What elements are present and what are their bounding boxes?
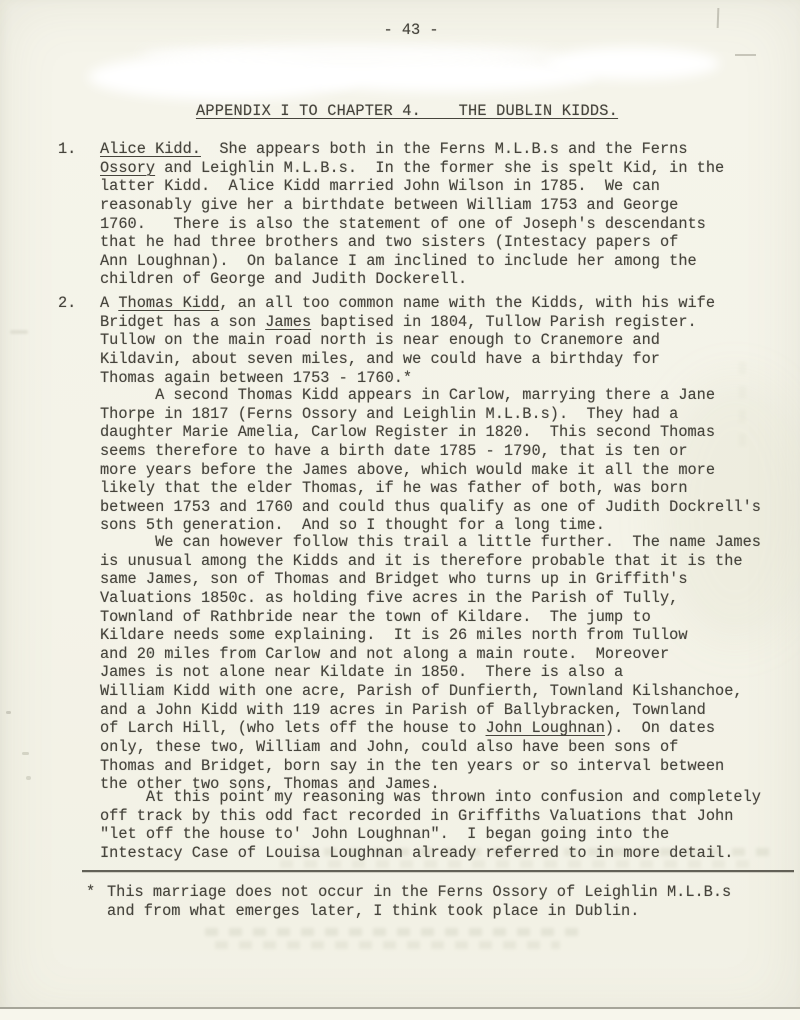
text-line: Ann Loughnan). On balance I am inclined … — [100, 252, 790, 271]
text-segment: Kildavin, about seven miles, and we coul… — [100, 350, 660, 368]
text-line: A Thomas Kidd, an all too common name wi… — [100, 294, 790, 313]
footnote-separator-line — [82, 870, 794, 872]
text-segment: baptised in 1804, Tullow Parish register… — [311, 313, 697, 331]
text-line: likely that the elder Thomas, if he was … — [100, 479, 790, 498]
text-segment: Thomas and Bridget, born say in the ten … — [100, 757, 724, 775]
text-line: daughter Marie Amelia, Carlow Register i… — [100, 423, 790, 442]
correction-fluid-streak — [545, 47, 720, 80]
paragraph-text: A second Thomas Kidd appears in Carlow, … — [100, 386, 790, 535]
paragraph-confusion: At this point my reasoning was thrown in… — [0, 788, 800, 844]
underlined-text: James — [265, 313, 311, 331]
item-text: Alice Kidd. She appears both in the Fern… — [100, 140, 790, 289]
text-segment: and from what emerges later, I think too… — [107, 902, 639, 920]
footnote-text: This marriage does not occur in the Fern… — [107, 883, 797, 920]
text-segment: likely that the elder Thomas, if he was … — [100, 479, 688, 497]
scanned-page: - 43 - APPENDIX I TO CHAPTER 4. THE DUBL… — [0, 0, 800, 1020]
numbered-item-1: 1. Alice Kidd. She appears both in the F… — [0, 140, 800, 215]
text-line: and 20 miles from Carlow and not along a… — [100, 645, 790, 664]
text-segment: Intestacy Case of Louisa Loughnan alread… — [100, 844, 733, 862]
text-segment: children of George and Judith Dockerell. — [100, 270, 467, 288]
text-segment: reasonably give her a birthdate between … — [100, 196, 678, 214]
pencil-dash — [735, 54, 756, 56]
text-segment: We can however follow this trail a littl… — [100, 533, 761, 551]
text-line: We can however follow this trail a littl… — [100, 533, 790, 552]
text-segment: Ann Loughnan). On balance I am inclined … — [100, 252, 697, 270]
text-segment: more years before the James above, which… — [100, 461, 715, 479]
text-segment: of Larch Hill, (who lets off the house t… — [100, 719, 486, 737]
text-segment: Townland of Rathbride near the town of K… — [100, 608, 651, 626]
text-segment: This marriage does not occur in the Fern… — [107, 883, 731, 901]
underlined-text: Alice Kidd. — [100, 140, 201, 158]
text-line: is unusual among the Kidds and it is the… — [100, 552, 790, 571]
text-line: Thorpe in 1817 (Ferns Ossory and Leighli… — [100, 405, 790, 424]
text-line: This marriage does not occur in the Fern… — [107, 883, 797, 902]
margin-mark — [6, 711, 11, 714]
text-line: more years before the James above, which… — [100, 461, 790, 480]
text-segment: Valuations 1850c. as holding five acres … — [100, 589, 678, 607]
text-segment: same James, son of Thomas and Bridget wh… — [100, 570, 688, 588]
text-line: Intestacy Case of Louisa Loughnan alread… — [100, 844, 790, 863]
text-line: Kildavin, about seven miles, and we coul… — [100, 350, 790, 369]
text-line: 1760. There is also the statement of one… — [100, 215, 790, 234]
paragraph-text: We can however follow this trail a littl… — [100, 533, 790, 794]
text-line: reasonably give her a birthdate between … — [100, 196, 790, 215]
appendix-heading: APPENDIX I TO CHAPTER 4. THE DUBLIN KIDD… — [196, 102, 618, 121]
paragraph-second-thomas: A second Thomas Kidd appears in Carlow, … — [0, 386, 800, 442]
text-segment: ). On dates — [605, 719, 715, 737]
text-segment: Thomas again between 1753 - 1760.* — [100, 369, 412, 387]
text-segment: that he had three brothers and two siste… — [100, 233, 678, 251]
text-line: Thomas and Bridget, born say in the ten … — [100, 757, 790, 776]
text-segment: only, these two, William and John, could… — [100, 738, 678, 756]
text-line: A second Thomas Kidd appears in Carlow, … — [100, 386, 790, 405]
text-segment: A — [100, 294, 118, 312]
text-segment: , an all too common name with the Kidds,… — [219, 294, 715, 312]
correction-fluid-streak — [140, 44, 560, 66]
text-segment: She appears both in the Ferns M.L.B.s an… — [201, 140, 688, 158]
scan-tick-mark — [717, 8, 720, 28]
footnote: * This marriage does not occur in the Fe… — [0, 883, 800, 958]
text-segment: James is not alone near Kildate in 1850.… — [100, 663, 623, 681]
text-segment: off track by this odd fact recorded in G… — [100, 807, 733, 825]
text-segment: William Kidd with one acre, Parish of Du… — [100, 682, 743, 700]
numbered-item-2: 2. A Thomas Kidd, an all too common name… — [0, 294, 800, 369]
margin-mark — [22, 752, 29, 755]
underlined-text: John Loughnan — [486, 719, 605, 737]
text-line: Ossory and Leighlin M.L.B.s. In the form… — [100, 159, 790, 178]
text-line: latter Kidd. Alice Kidd married John Wil… — [100, 177, 790, 196]
page-bottom-strip — [0, 1009, 800, 1020]
text-line: Thomas again between 1753 - 1760.* — [100, 369, 790, 388]
text-segment: is unusual among the Kidds and it is the… — [100, 552, 743, 570]
text-line: At this point my reasoning was thrown in… — [100, 788, 790, 807]
text-line: that he had three brothers and two siste… — [100, 233, 790, 252]
item-text: A Thomas Kidd, an all too common name wi… — [100, 294, 790, 387]
text-line: and a John Kidd with 119 acres in Parish… — [100, 701, 790, 720]
text-segment: and 20 miles from Carlow and not along a… — [100, 645, 669, 663]
text-line: between 1753 and 1760 and could thus qua… — [100, 498, 790, 517]
text-line: off track by this odd fact recorded in G… — [100, 807, 790, 826]
text-line: only, these two, William and John, could… — [100, 738, 790, 757]
text-segment: and Leighlin M.L.B.s. In the former she … — [155, 159, 724, 177]
appendix-heading-text: APPENDIX I TO CHAPTER 4. THE DUBLIN KIDD… — [196, 102, 618, 120]
text-segment: daughter Marie Amelia, Carlow Register i… — [100, 423, 715, 441]
text-segment: Bridget has a son — [100, 313, 265, 331]
text-line: Alice Kidd. She appears both in the Fern… — [100, 140, 790, 159]
text-segment: Thorpe in 1817 (Ferns Ossory and Leighli… — [100, 405, 678, 423]
text-line: Tullow on the main road north is near en… — [100, 331, 790, 350]
text-line: Bridget has a son James baptised in 1804… — [100, 313, 790, 332]
paragraph-griffiths-trail: We can however follow this trail a littl… — [0, 533, 800, 589]
underlined-text: Thomas Kidd — [118, 294, 219, 312]
item-number: 1. — [58, 140, 76, 159]
text-line: Townland of Rathbride near the town of K… — [100, 608, 790, 627]
text-segment: seems therefore to have a birth date 178… — [100, 442, 688, 460]
page-number: - 43 - — [383, 21, 438, 40]
text-segment: and a John Kidd with 119 acres in Parish… — [100, 701, 706, 719]
text-line: children of George and Judith Dockerell. — [100, 270, 790, 289]
text-line: of Larch Hill, (who lets off the house t… — [100, 719, 790, 738]
margin-mark — [26, 776, 31, 780]
text-segment: latter Kidd. Alice Kidd married John Wil… — [100, 177, 660, 195]
text-segment: 1760. There is also the statement of one… — [100, 215, 706, 233]
text-line: same James, son of Thomas and Bridget wh… — [100, 570, 790, 589]
text-segment: between 1753 and 1760 and could thus qua… — [100, 498, 761, 516]
paragraph-text: At this point my reasoning was thrown in… — [100, 788, 790, 863]
text-line: and from what emerges later, I think too… — [107, 902, 797, 921]
text-segment: Tullow on the main road north is near en… — [100, 331, 660, 349]
text-segment: At this point my reasoning was thrown in… — [100, 788, 761, 806]
text-line: William Kidd with one acre, Parish of Du… — [100, 682, 790, 701]
text-line: Kildare needs some explaining. It is 26 … — [100, 626, 790, 645]
text-segment: "let off the house to' John Loughnan". I… — [100, 825, 669, 843]
text-line: "let off the house to' John Loughnan". I… — [100, 825, 790, 844]
text-segment: sons 5th generation. And so I thought fo… — [100, 516, 605, 534]
text-segment: A second Thomas Kidd appears in Carlow, … — [100, 386, 715, 404]
footnote-marker: * — [86, 883, 95, 902]
text-line: Valuations 1850c. as holding five acres … — [100, 589, 790, 608]
text-line: James is not alone near Kildate in 1850.… — [100, 663, 790, 682]
underlined-text: Ossory — [100, 159, 155, 177]
item-number: 2. — [58, 294, 76, 313]
text-line: seems therefore to have a birth date 178… — [100, 442, 790, 461]
text-segment: Kildare needs some explaining. It is 26 … — [100, 626, 688, 644]
